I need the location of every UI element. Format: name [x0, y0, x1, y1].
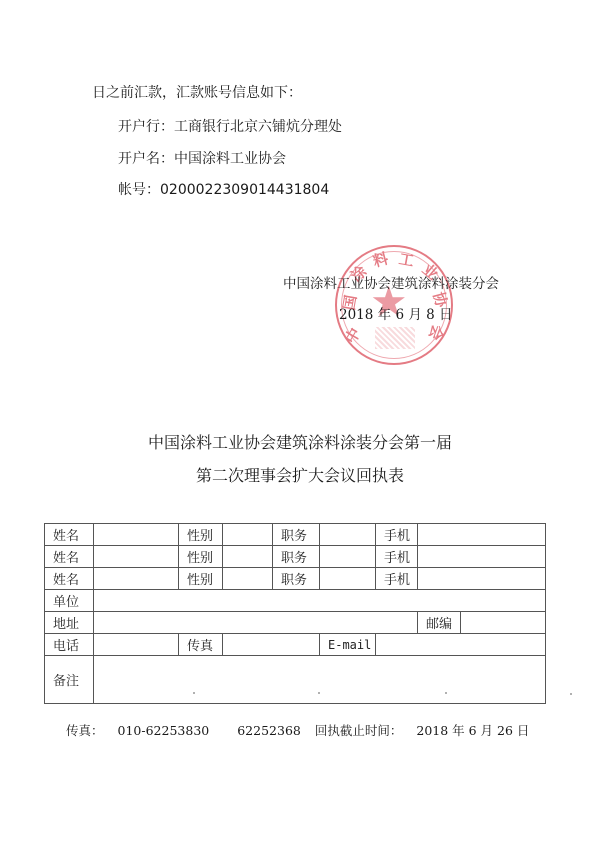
account-name-label: 开户名： [118, 151, 174, 167]
account-number-value: 0200022309014431804 [160, 182, 329, 198]
remarks-row: 备注 [45, 656, 546, 704]
mobile-label: 手机 [376, 568, 418, 590]
scan-artifact [193, 692, 195, 694]
footer-fax-number-2: 62252368 [237, 723, 301, 738]
position-label: 职务 [273, 524, 320, 546]
name-field[interactable] [94, 568, 179, 590]
name-label: 姓名 [45, 568, 94, 590]
attendee-row: 姓名 性别 职务 手机 [45, 568, 546, 590]
footer-fax: 传真：010-62253830 [66, 723, 223, 738]
mobile-label: 手机 [376, 524, 418, 546]
footer-deadline-label: 回执截止时间： [315, 723, 403, 738]
gender-label: 性别 [179, 546, 223, 568]
footer-contact: 传真：010-6225383062252368回执截止时间：2018 年 6 月… [66, 721, 557, 739]
gender-label: 性别 [179, 524, 223, 546]
gender-label: 性别 [179, 568, 223, 590]
name-label: 姓名 [45, 524, 94, 546]
seal-serial-mark [375, 327, 415, 349]
remarks-field[interactable] [94, 656, 546, 704]
unit-field[interactable] [94, 590, 546, 612]
footer-deadline: 回执截止时间：2018 年 6 月 26 日 [315, 723, 544, 738]
position-field[interactable] [320, 524, 376, 546]
position-field[interactable] [320, 568, 376, 590]
gender-field[interactable] [223, 568, 273, 590]
fax-field[interactable] [223, 634, 320, 656]
signature-organization: 中国涂料工业协会建筑涂料涂装分会 [283, 276, 499, 292]
account-number-info: 帐号：0200022309014431804 [118, 182, 329, 198]
phone-label: 电话 [45, 634, 94, 656]
footer-fax-label: 传真： [66, 723, 104, 738]
scan-artifact [570, 693, 572, 695]
scan-artifact [318, 692, 320, 694]
remarks-label: 备注 [45, 656, 94, 704]
position-field[interactable] [320, 546, 376, 568]
contact-row: 电话 传真 E-mail [45, 634, 546, 656]
official-seal-stamp: 中 国 涂 料 工 业 协 会 ★ [335, 245, 453, 365]
postcode-label: 邮编 [418, 612, 461, 634]
phone-field[interactable] [94, 634, 179, 656]
account-name-value: 中国涂料工业协会 [174, 151, 286, 167]
position-label: 职务 [273, 568, 320, 590]
gender-field[interactable] [223, 524, 273, 546]
mobile-field[interactable] [418, 568, 546, 590]
name-field[interactable] [94, 546, 179, 568]
footer-deadline-value: 2018 年 6 月 26 日 [416, 723, 529, 738]
unit-row: 单位 [45, 590, 546, 612]
account-number-label: 帐号： [118, 182, 160, 198]
email-label: E-mail [320, 634, 376, 656]
intro-line: 日之前汇款，汇款账号信息如下： [92, 85, 302, 101]
unit-label: 单位 [45, 590, 94, 612]
position-label: 职务 [273, 546, 320, 568]
bank-label: 开户行： [118, 119, 174, 135]
reply-form-table: 姓名 性别 职务 手机 姓名 性别 职务 手机 姓名 性别 职务 手机 单位 地… [44, 523, 546, 704]
scan-artifact [445, 692, 447, 694]
bank-value: 工商银行北京六铺炕分理处 [174, 119, 342, 135]
email-field[interactable] [376, 634, 546, 656]
gender-field[interactable] [223, 546, 273, 568]
footer-fax-number-1: 010-62253830 [118, 723, 210, 738]
account-name-info: 开户名：中国涂料工业协会 [118, 151, 286, 167]
mobile-field[interactable] [418, 524, 546, 546]
address-row: 地址 邮编 [45, 612, 546, 634]
postcode-field[interactable] [461, 612, 546, 634]
attendee-row: 姓名 性别 职务 手机 [45, 524, 546, 546]
form-title-line1: 中国涂料工业协会建筑涂料涂装分会第一届 [0, 433, 600, 453]
address-field[interactable] [94, 612, 418, 634]
name-label: 姓名 [45, 546, 94, 568]
fax-label: 传真 [179, 634, 223, 656]
mobile-label: 手机 [376, 546, 418, 568]
signature-date: 2018 年 6 月 8 日 [339, 307, 453, 323]
form-title-line2: 第二次理事会扩大会议回执表 [0, 466, 600, 486]
address-label: 地址 [45, 612, 94, 634]
mobile-field[interactable] [418, 546, 546, 568]
attendee-row: 姓名 性别 职务 手机 [45, 546, 546, 568]
name-field[interactable] [94, 524, 179, 546]
bank-info: 开户行：工商银行北京六铺炕分理处 [118, 119, 342, 135]
